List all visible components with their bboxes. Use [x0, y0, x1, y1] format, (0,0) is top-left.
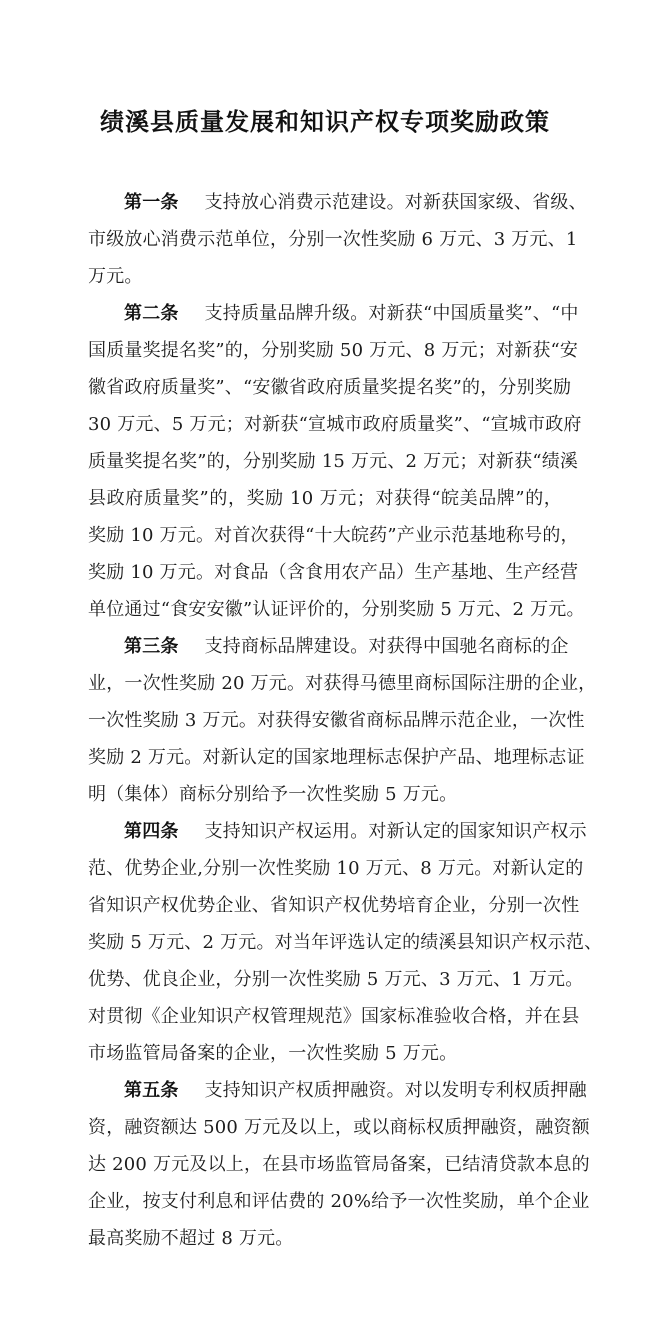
text-line: 最高奖励不超过 8 万元。: [88, 1220, 562, 1257]
line-text: 对贯彻《企业知识产权管理规范》国家标准验收合格，并在县: [88, 1006, 579, 1027]
article-number: 第四条: [124, 821, 179, 842]
document-body: 第一条支持放心消费示范建设。对新获国家级、省级、市级放心消费示范单位，分别一次性…: [88, 184, 562, 1257]
line-text: 万元。: [88, 266, 143, 287]
text-line: 对贯彻《企业知识产权管理规范》国家标准验收合格，并在县: [88, 998, 562, 1035]
line-text: 奖励 10 万元。对首次获得“十大皖药”产业示范基地称号的，: [88, 525, 579, 546]
text-line: 第四条支持知识产权运用。对新认定的国家知识产权示: [88, 813, 562, 850]
text-line: 范、优势企业,分别一次性奖励 10 万元、8 万元。对新认定的: [88, 850, 562, 887]
line-text: 支持质量品牌升级。对新获“中国质量奖”、“中: [205, 303, 579, 324]
text-line: 企业，按支付利息和评估费的 20%给予一次性奖励，单个企业: [88, 1183, 562, 1220]
text-line: 万元。: [88, 258, 562, 295]
document-page: 绩溪县质量发展和知识产权专项奖励政策 第一条支持放心消费示范建设。对新获国家级、…: [0, 0, 650, 1327]
text-line: 奖励 2 万元。对新认定的国家地理标志保护产品、地理标志证: [88, 739, 562, 776]
text-line: 第一条支持放心消费示范建设。对新获国家级、省级、: [88, 184, 562, 221]
line-text: 企业，按支付利息和评估费的 20%给予一次性奖励，单个企业: [88, 1191, 590, 1212]
line-text: 质量奖提名奖”的，分别奖励 15 万元、2 万元；对新获“绩溪: [88, 451, 578, 472]
line-text: 支持知识产权运用。对新认定的国家知识产权示: [205, 821, 587, 842]
article-number: 第五条: [124, 1080, 179, 1101]
text-line: 省知识产权优势企业、省知识产权优势培育企业，分别一次性: [88, 887, 562, 924]
policy-article-5: 第五条支持知识产权质押融资。对以发明专利权质押融资，融资额达 500 万元及以上…: [88, 1072, 562, 1257]
line-text: 优势、优良企业，分别一次性奖励 5 万元、3 万元、1 万元。: [88, 969, 583, 990]
text-line: 奖励 10 万元。对食品（含食用农产品）生产基地、生产经营: [88, 554, 562, 591]
line-text: 奖励 10 万元。对食品（含食用农产品）生产基地、生产经营: [88, 562, 578, 583]
article-number: 第三条: [124, 636, 179, 657]
line-text: 市级放心消费示范单位，分别一次性奖励 6 万元、3 万元、1: [88, 229, 578, 250]
text-line: 单位通过“食安安徽”认证评价的，分别奖励 5 万元、2 万元。: [88, 591, 562, 628]
text-line: 业，一次性奖励 20 万元。对获得马德里商标国际注册的企业，: [88, 665, 562, 702]
text-line: 第二条支持质量品牌升级。对新获“中国质量奖”、“中: [88, 295, 562, 332]
document-title: 绩溪县质量发展和知识产权专项奖励政策: [0, 0, 650, 140]
text-line: 达 200 万元及以上，在县市场监管局备案，已结清贷款本息的: [88, 1146, 562, 1183]
line-text: 范、优势企业,分别一次性奖励 10 万元、8 万元。对新认定的: [88, 858, 583, 879]
text-line: 30 万元、5 万元；对新获“宣城市政府质量奖”、“宣城市政府: [88, 406, 562, 443]
text-line: 明（集体）商标分别给予一次性奖励 5 万元。: [88, 776, 562, 813]
text-line: 国质量奖提名奖”的，分别奖励 50 万元、8 万元；对新获“安: [88, 332, 562, 369]
text-line: 市级放心消费示范单位，分别一次性奖励 6 万元、3 万元、1: [88, 221, 562, 258]
article-number: 第二条: [124, 303, 179, 324]
line-text: 徽省政府质量奖”、“安徽省政府质量奖提名奖”的，分别奖励: [88, 377, 571, 398]
line-text: 一次性奖励 3 万元。对获得安徽省商标品牌示范企业，一次性: [88, 710, 585, 731]
policy-article-4: 第四条支持知识产权运用。对新认定的国家知识产权示范、优势企业,分别一次性奖励 1…: [88, 813, 562, 1072]
line-text: 达 200 万元及以上，在县市场监管局备案，已结清贷款本息的: [88, 1154, 590, 1175]
text-line: 徽省政府质量奖”、“安徽省政府质量奖提名奖”的，分别奖励: [88, 369, 562, 406]
text-line: 县政府质量奖”的，奖励 10 万元；对获得“皖美品牌”的，: [88, 480, 562, 517]
text-line: 市场监管局备案的企业，一次性奖励 5 万元。: [88, 1035, 562, 1072]
policy-article-2: 第二条支持质量品牌升级。对新获“中国质量奖”、“中国质量奖提名奖”的，分别奖励 …: [88, 295, 562, 628]
text-line: 第五条支持知识产权质押融资。对以发明专利权质押融: [88, 1072, 562, 1109]
text-line: 资，融资额达 500 万元及以上，或以商标权质押融资，融资额: [88, 1109, 562, 1146]
line-text: 30 万元、5 万元；对新获“宣城市政府质量奖”、“宣城市政府: [88, 414, 582, 435]
article-number: 第一条: [124, 192, 179, 213]
line-text: 单位通过“食安安徽”认证评价的，分别奖励 5 万元、2 万元。: [88, 599, 585, 620]
line-text: 奖励 2 万元。对新认定的国家地理标志保护产品、地理标志证: [88, 747, 585, 768]
line-text: 资，融资额达 500 万元及以上，或以商标权质押融资，融资额: [88, 1117, 590, 1138]
line-text: 最高奖励不超过 8 万元。: [88, 1228, 294, 1249]
text-line: 质量奖提名奖”的，分别奖励 15 万元、2 万元；对新获“绩溪: [88, 443, 562, 480]
line-text: 省知识产权优势企业、省知识产权优势培育企业，分别一次性: [88, 895, 579, 916]
text-line: 第三条支持商标品牌建设。对获得中国驰名商标的企: [88, 628, 562, 665]
line-text: 明（集体）商标分别给予一次性奖励 5 万元。: [88, 784, 457, 805]
policy-article-1: 第一条支持放心消费示范建设。对新获国家级、省级、市级放心消费示范单位，分别一次性…: [88, 184, 562, 295]
text-line: 优势、优良企业，分别一次性奖励 5 万元、3 万元、1 万元。: [88, 961, 562, 998]
line-text: 市场监管局备案的企业，一次性奖励 5 万元。: [88, 1043, 457, 1064]
policy-article-3: 第三条支持商标品牌建设。对获得中国驰名商标的企业，一次性奖励 20 万元。对获得…: [88, 628, 562, 813]
line-text: 业，一次性奖励 20 万元。对获得马德里商标国际注册的企业，: [88, 673, 596, 694]
line-text: 支持放心消费示范建设。对新获国家级、省级、: [205, 192, 587, 213]
line-text: 奖励 5 万元、2 万元。对当年评选认定的绩溪县知识产权示范、: [88, 932, 602, 953]
text-line: 一次性奖励 3 万元。对获得安徽省商标品牌示范企业，一次性: [88, 702, 562, 739]
line-text: 支持商标品牌建设。对获得中国驰名商标的企: [205, 636, 569, 657]
text-line: 奖励 10 万元。对首次获得“十大皖药”产业示范基地称号的，: [88, 517, 562, 554]
line-text: 县政府质量奖”的，奖励 10 万元；对获得“皖美品牌”的，: [88, 488, 562, 509]
text-line: 奖励 5 万元、2 万元。对当年评选认定的绩溪县知识产权示范、: [88, 924, 562, 961]
line-text: 国质量奖提名奖”的，分别奖励 50 万元、8 万元；对新获“安: [88, 340, 578, 361]
line-text: 支持知识产权质押融资。对以发明专利权质押融: [205, 1080, 587, 1101]
